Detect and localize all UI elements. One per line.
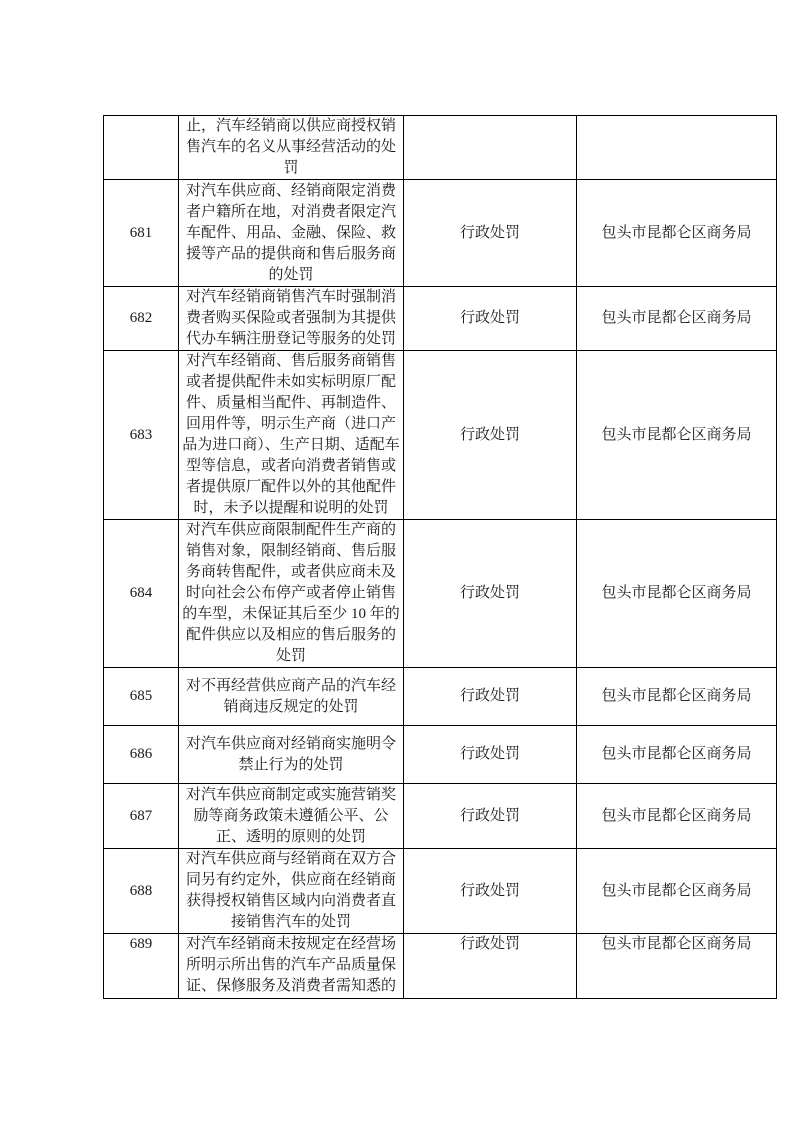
table-row: 683 对汽车经销商、售后服务商销售或者提供配件未如实标明原厂配件、质量相当配件…: [104, 351, 777, 520]
table-row: 止，汽车经销商以供应商授权销售汽车的名义从事经营活动的处罚: [104, 116, 777, 180]
description-cell: 止，汽车经销商以供应商授权销售汽车的名义从事经营活动的处罚: [179, 116, 404, 180]
row-number-cell: 683: [104, 351, 179, 520]
penalty-type-cell: 行政处罚: [404, 784, 577, 849]
department-cell: 包头市昆都仑区商务局: [577, 520, 777, 668]
description-cell: 对汽车供应商制定或实施营销奖励等商务政策未遵循公平、公正、透明的原则的处罚: [179, 784, 404, 849]
table-row: 682 对汽车经销商销售汽车时强制消费者购买保险或者强制为其提供代办车辆注册登记…: [104, 287, 777, 351]
department-cell: 包头市昆都仑区商务局: [577, 784, 777, 849]
table-row: 687 对汽车供应商制定或实施营销奖励等商务政策未遵循公平、公正、透明的原则的处…: [104, 784, 777, 849]
row-number-cell: 681: [104, 180, 179, 287]
row-number-cell: 685: [104, 668, 179, 726]
description-cell: 对汽车经销商销售汽车时强制消费者购买保险或者强制为其提供代办车辆注册登记等服务的…: [179, 287, 404, 351]
table-row: 685 对不再经营供应商产品的汽车经销商违反规定的处罚 行政处罚 包头市昆都仑区…: [104, 668, 777, 726]
penalty-type-cell: 行政处罚: [404, 287, 577, 351]
description-cell: 对汽车经销商未按规定在经营场所明示所出售的汽车产品质量保证、保修服务及消费者需知…: [179, 934, 404, 999]
penalty-type-cell: [404, 116, 577, 180]
penalty-type-cell: 行政处罚: [404, 726, 577, 784]
description-cell: 对不再经营供应商产品的汽车经销商违反规定的处罚: [179, 668, 404, 726]
row-number-cell: 686: [104, 726, 179, 784]
row-number-cell: 688: [104, 849, 179, 934]
description-cell: 对汽车经销商、售后服务商销售或者提供配件未如实标明原厂配件、质量相当配件、再制造…: [179, 351, 404, 520]
penalty-type-cell: 行政处罚: [404, 180, 577, 287]
description-cell: 对汽车供应商限制配件生产商的销售对象，限制经销商、售后服务商转售配件，或者供应商…: [179, 520, 404, 668]
table-row: 684 对汽车供应商限制配件生产商的销售对象，限制经销商、售后服务商转售配件，或…: [104, 520, 777, 668]
document-page: 止，汽车经销商以供应商授权销售汽车的名义从事经营活动的处罚 681 对汽车供应商…: [0, 0, 793, 1122]
department-cell: 包头市昆都仑区商务局: [577, 351, 777, 520]
department-cell: 包头市昆都仑区商务局: [577, 180, 777, 287]
penalty-type-cell: 行政处罚: [404, 351, 577, 520]
description-cell: 对汽车供应商对经销商实施明令禁止行为的处罚: [179, 726, 404, 784]
table-row: 689 对汽车经销商未按规定在经营场所明示所出售的汽车产品质量保证、保修服务及消…: [104, 934, 777, 999]
row-number-cell: 684: [104, 520, 179, 668]
department-cell: 包头市昆都仑区商务局: [577, 287, 777, 351]
description-cell: 对汽车供应商、经销商限定消费者户籍所在地，对消费者限定汽车配件、用品、金融、保险…: [179, 180, 404, 287]
table-row: 686 对汽车供应商对经销商实施明令禁止行为的处罚 行政处罚 包头市昆都仑区商务…: [104, 726, 777, 784]
penalty-type-cell: 行政处罚: [404, 934, 577, 999]
row-number-cell: 689: [104, 934, 179, 999]
penalty-type-cell: 行政处罚: [404, 520, 577, 668]
penalty-type-cell: 行政处罚: [404, 668, 577, 726]
row-number-cell: 687: [104, 784, 179, 849]
table-row: 688 对汽车供应商与经销商在双方合同另有约定外，供应商在经销商获得授权销售区域…: [104, 849, 777, 934]
row-number-cell: 682: [104, 287, 179, 351]
department-cell: [577, 116, 777, 180]
table-row: 681 对汽车供应商、经销商限定消费者户籍所在地，对消费者限定汽车配件、用品、金…: [104, 180, 777, 287]
department-cell: 包头市昆都仑区商务局: [577, 934, 777, 999]
description-cell: 对汽车供应商与经销商在双方合同另有约定外，供应商在经销商获得授权销售区域内向消费…: [179, 849, 404, 934]
department-cell: 包头市昆都仑区商务局: [577, 668, 777, 726]
department-cell: 包头市昆都仑区商务局: [577, 726, 777, 784]
row-number-cell: [104, 116, 179, 180]
department-cell: 包头市昆都仑区商务局: [577, 849, 777, 934]
penalty-type-cell: 行政处罚: [404, 849, 577, 934]
penalty-items-table: 止，汽车经销商以供应商授权销售汽车的名义从事经营活动的处罚 681 对汽车供应商…: [103, 115, 777, 999]
